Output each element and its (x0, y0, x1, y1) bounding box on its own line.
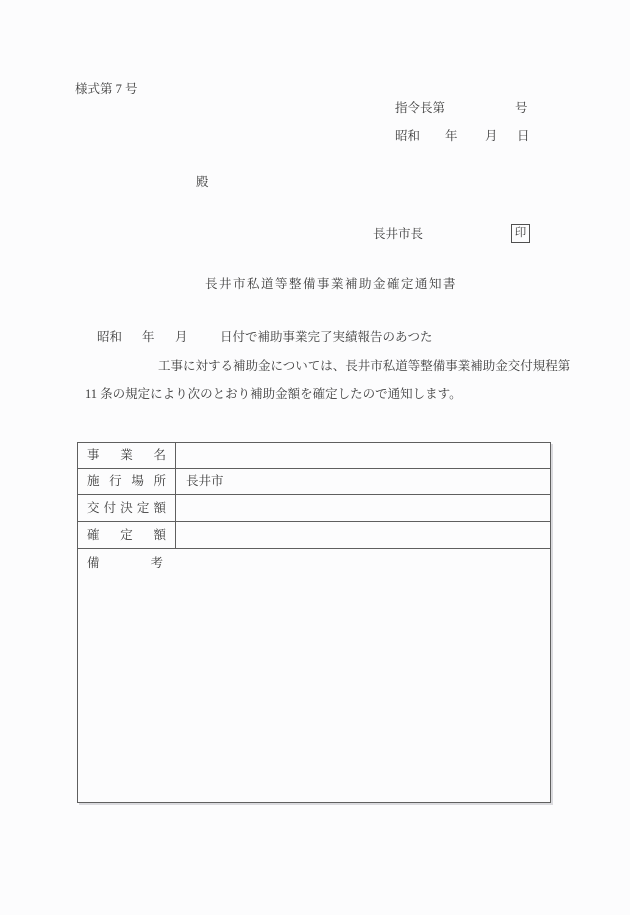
directive-label: 指令長第 (395, 102, 445, 115)
addressee-honorific: 殿 (196, 176, 209, 189)
row-label-grant-decision-amount: 交 付 決 定 額 (87, 502, 166, 515)
row-label-cell: 施 行 場 所 (78, 469, 176, 494)
body-line3: 11 条の規定により次のとおり補助金額を確定したので通知します。 (85, 388, 462, 401)
row-label-cell: 確 定 額 (78, 522, 176, 548)
issue-date-day-label: 日 (517, 130, 530, 143)
row-label-remarks: 備 考 (87, 557, 163, 570)
body-line1-text: 日付で補助事業完了実績報告のあつた (220, 331, 433, 344)
row-label-cell: 事 業 名 (78, 443, 176, 468)
row-label-location: 施 行 場 所 (87, 475, 166, 488)
row-value-determined-amount (176, 522, 550, 548)
form-number: 様式第 7 号 (75, 83, 138, 96)
body-line1-era: 昭和 (97, 331, 122, 344)
document-title: 長井市私道等整備事業補助金確定通知書 (205, 278, 457, 291)
table-row-determined-amount: 確 定 額 (78, 522, 550, 549)
issue-date-month-label: 月 (485, 130, 498, 143)
body-line2: 工事に対する補助金については、長井市私道等整備事業補助金交付規程第 (158, 360, 570, 373)
issue-date-year-label: 年 (445, 130, 458, 143)
summary-table: 事 業 名 施 行 場 所 長井市 交 付 決 定 額 確 定 額 備 考 (77, 442, 551, 803)
seal-mark-icon: 印 (515, 228, 527, 240)
row-label-project-name: 事 業 名 (87, 449, 166, 462)
row-value-project-name (176, 443, 550, 468)
directive-unit: 号 (515, 102, 528, 115)
table-row-remarks: 備 考 (78, 549, 550, 802)
table-row-location: 施 行 場 所 長井市 (78, 469, 550, 495)
table-row-project-name: 事 業 名 (78, 443, 550, 469)
issue-date-era: 昭和 (395, 130, 420, 143)
row-label-cell: 交 付 決 定 額 (78, 495, 176, 521)
table-row-grant-decision-amount: 交 付 決 定 額 (78, 495, 550, 522)
row-value-location: 長井市 (176, 469, 550, 494)
row-value-grant-decision-amount (176, 495, 550, 521)
body-line1-month: 月 (175, 331, 188, 344)
document-page: 様式第 7 号 指令長第 号 昭和 年 月 日 殿 長井市長 印 長井市私道等整… (0, 0, 630, 915)
seal-box: 印 (511, 224, 530, 243)
body-line1-year: 年 (142, 331, 155, 344)
row-label-determined-amount: 確 定 額 (87, 529, 166, 542)
issuer-name: 長井市長 (373, 228, 423, 241)
